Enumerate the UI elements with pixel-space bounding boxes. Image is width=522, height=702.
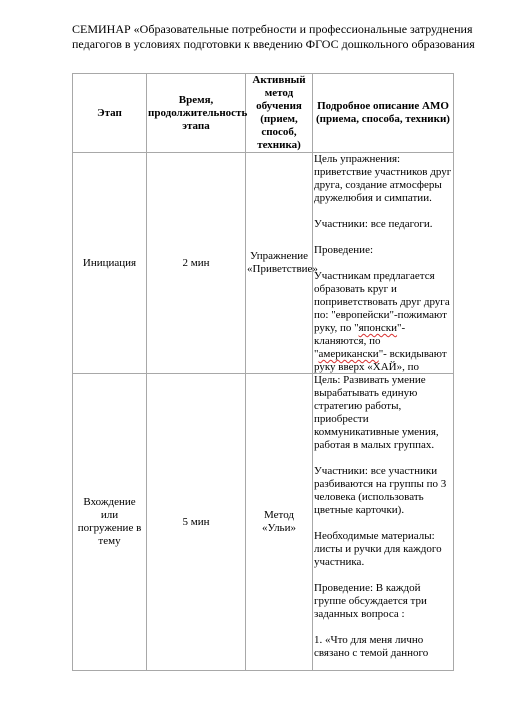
cell-stage: Вхождение или погружение в тему xyxy=(73,374,147,671)
header-method: Активный метод обучения (прием, способ, … xyxy=(246,74,313,153)
desc-participants: Участники: все участники разбиваются на … xyxy=(314,465,452,517)
cell-time: 5 мин xyxy=(147,374,246,671)
table-row: Вхождение или погружение в тему 5 мин Ме… xyxy=(73,374,454,671)
header-description: Подробное описание АМО (приема, способа,… xyxy=(313,74,454,153)
cell-method: Упражнение «Приветствие» xyxy=(246,153,313,374)
spellcheck-word: американски xyxy=(319,348,379,360)
table-header-row: Этап Время, продолжительность этапа Акти… xyxy=(73,74,454,153)
desc-conduct: Участникам предлагается образовать круг … xyxy=(314,270,452,373)
header-time: Время, продолжительность этапа xyxy=(147,74,246,153)
spellcheck-word: японски xyxy=(359,322,397,334)
desc-participants: Участники: все педагоги. xyxy=(314,218,452,231)
desc-goal: Цель упражнения: приветствие участников … xyxy=(314,153,452,205)
seminar-table: Этап Время, продолжительность этапа Акти… xyxy=(72,73,454,671)
document-title: СЕМИНАР «Образовательные потребности и п… xyxy=(72,22,502,52)
desc-goal: Цель: Развивать умение вырабатывать един… xyxy=(314,374,452,452)
cell-method: Метод «Ульи» xyxy=(246,374,313,671)
desc-conduct: Проведение: В каждой группе обсуждается … xyxy=(314,582,452,621)
desc-conduct-label: Проведение: xyxy=(314,244,452,257)
desc-materials: Необходимые материалы: листы и ручки для… xyxy=(314,530,452,569)
cell-time: 2 мин xyxy=(147,153,246,374)
cell-description: Цель упражнения: приветствие участников … xyxy=(313,153,454,374)
cell-stage: Инициация xyxy=(73,153,147,374)
header-stage: Этап xyxy=(73,74,147,153)
desc-question-1: 1. «Что для меня лично связано с темой д… xyxy=(314,634,452,660)
cell-description: Цель: Развивать умение вырабатывать един… xyxy=(313,374,454,671)
table-row: Инициация 2 мин Упражнение «Приветствие»… xyxy=(73,153,454,374)
